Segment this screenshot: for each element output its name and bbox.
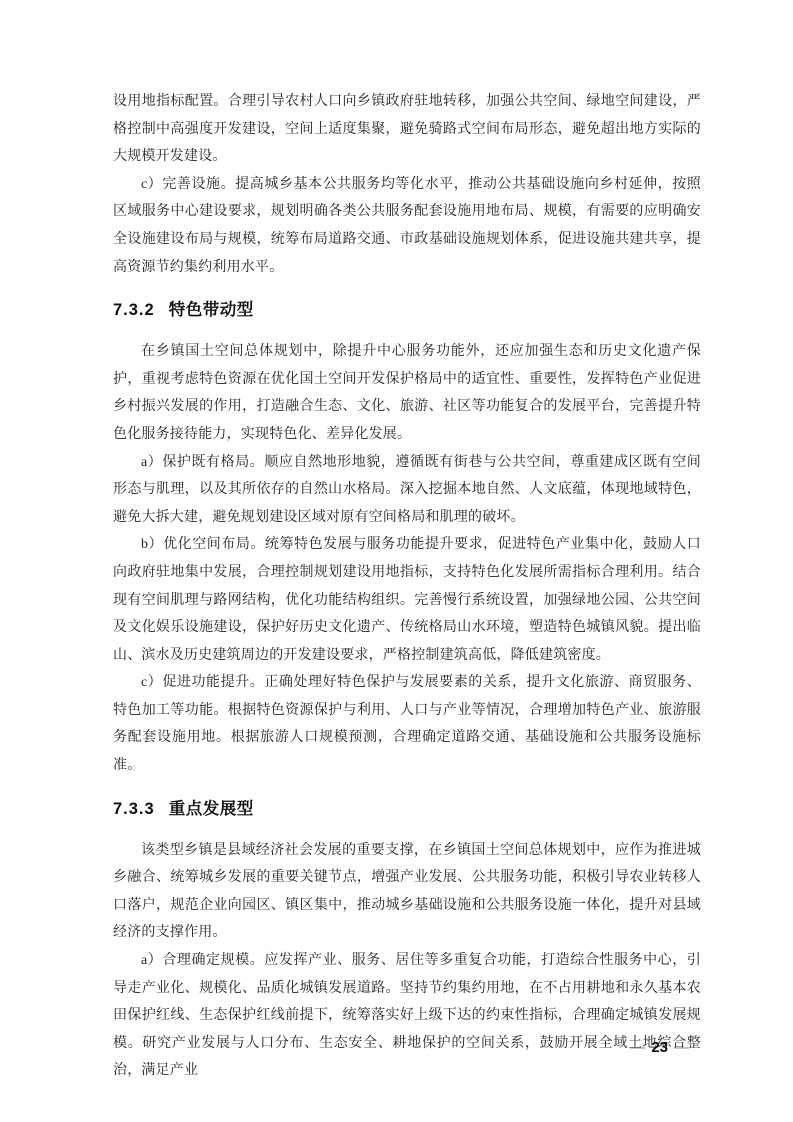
page-footer: —23— bbox=[624, 1038, 695, 1058]
section-number: 7.3.2 bbox=[113, 301, 155, 319]
section-number: 7.3.3 bbox=[113, 800, 155, 818]
paragraph-733-item-a: a）合理确定规模。应发挥产业、服务、居住等多重复合功能，打造综合性服务中心，引导… bbox=[113, 947, 701, 1085]
paragraph-733-intro: 该类型乡镇是县域经济社会发展的重要支撑，在乡镇国土空间总体规划中，应作为推进城乡… bbox=[113, 837, 701, 947]
footer-dash-left: — bbox=[630, 1039, 645, 1056]
section-title: 特色带动型 bbox=[169, 301, 254, 319]
paragraph-732-item-a: a）保护既有格局。顺应自然地形地貌，遵循既有街巷与公共空间，尊重建成区既有空间形… bbox=[113, 449, 701, 532]
paragraph-continuation: 设用地指标配置。合理引导农村人口向乡镇政府驻地转移，加强公共空间、绿地空间建设，… bbox=[113, 88, 701, 171]
paragraph-item-c-facilities: c）完善设施。提高城乡基本公共服务均等化水平，推动公共基础设施向乡村延伸，按照区… bbox=[113, 171, 701, 281]
paragraph-732-item-c: c）促进功能提升。正确处理好特色保护与发展要素的关系，提升文化旅游、商贸服务、特… bbox=[113, 669, 701, 779]
paragraph-732-item-b: b）优化空间布局。统筹特色发展与服务功能提升要求，促进特色产业集中化，鼓励人口向… bbox=[113, 531, 701, 669]
section-heading-7-3-3: 7.3.3重点发展型 bbox=[113, 795, 701, 823]
section-heading-7-3-2: 7.3.2特色带动型 bbox=[113, 296, 701, 324]
footer-dash-right: — bbox=[674, 1039, 689, 1056]
paragraph-732-intro: 在乡镇国土空间总体规划中，除提升中心服务功能外，还应加强生态和历史文化遗产保护，… bbox=[113, 338, 701, 448]
page-content: 设用地指标配置。合理引导农村人口向乡镇政府驻地转移，加强公共空间、绿地空间建设，… bbox=[113, 88, 701, 1085]
page-number: 23 bbox=[651, 1039, 668, 1056]
document-page: 设用地指标配置。合理引导农村人口向乡镇政府驻地转移，加强公共空间、绿地空间建设，… bbox=[0, 0, 793, 1122]
section-title: 重点发展型 bbox=[169, 800, 254, 818]
